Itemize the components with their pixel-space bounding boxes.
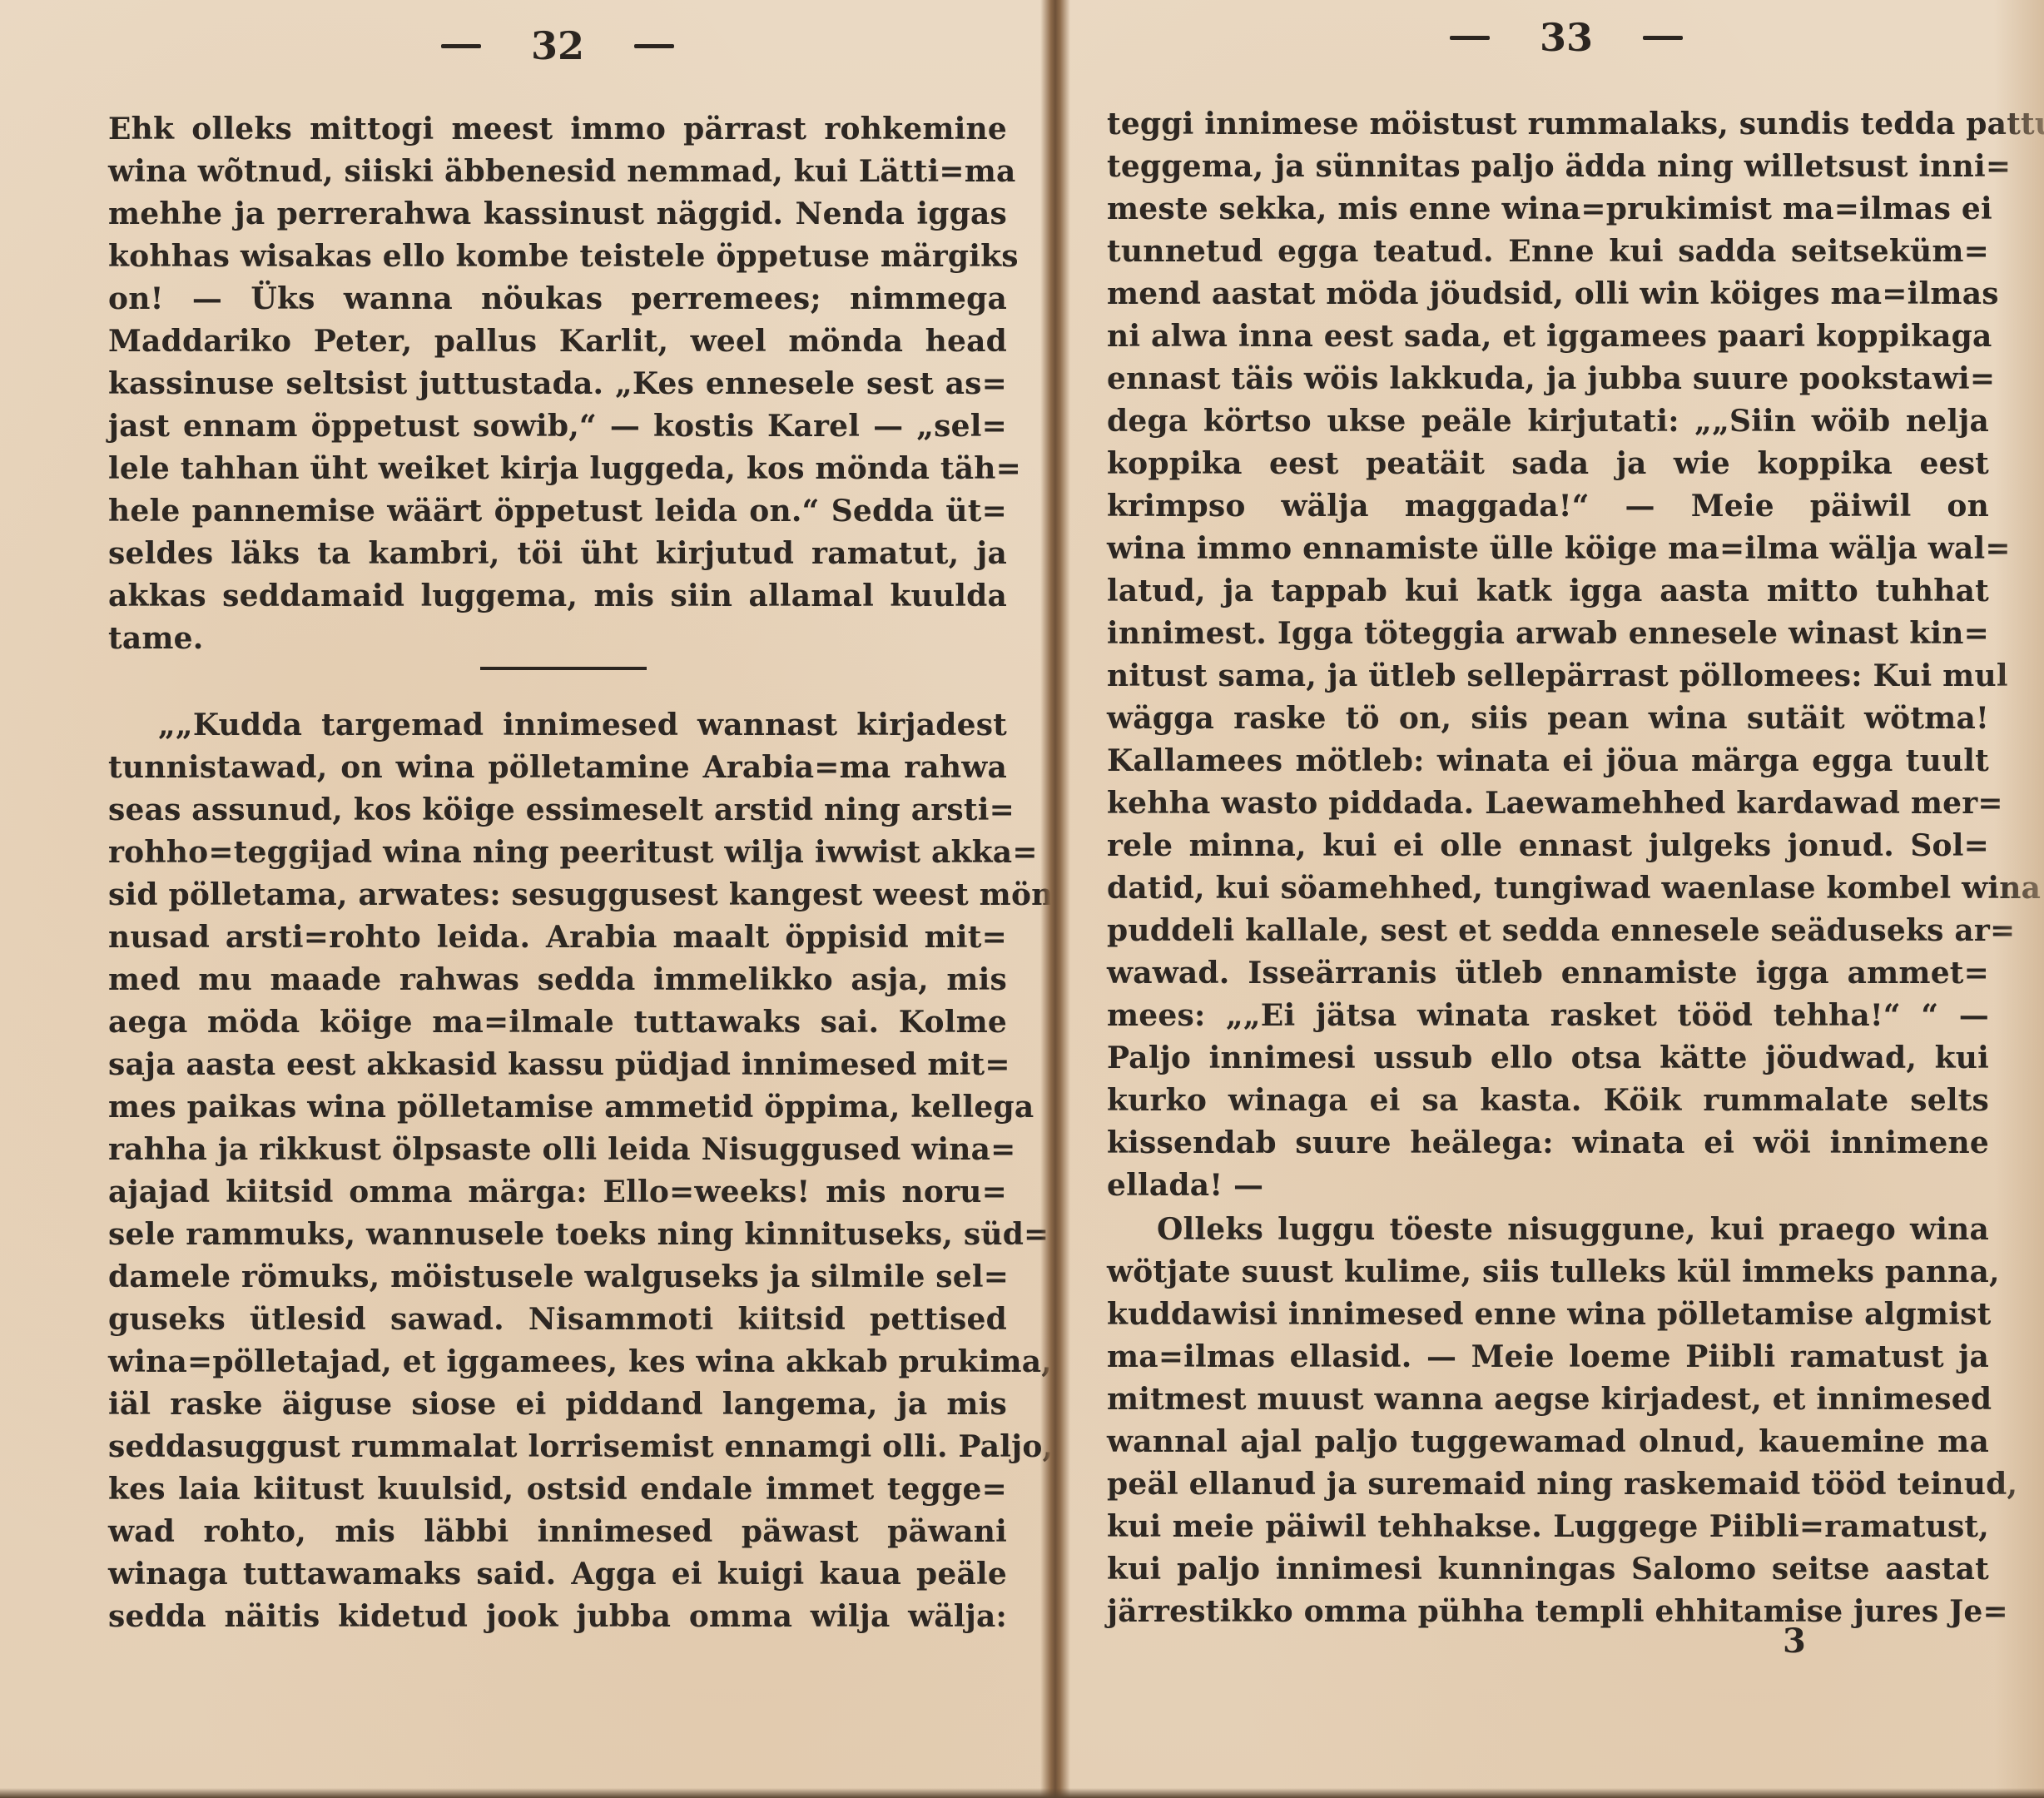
text-line: rahha ja rikkust ölpsaste olli leida Nis… <box>108 1129 1007 1171</box>
text-line: teggi innimese möistust rummalaks, sundi… <box>1107 103 1989 146</box>
text-line: Maddariko Peter, pallus Karlit, weel mön… <box>108 320 1007 363</box>
text-line: akkas seddamaid luggema, mis siin allama… <box>108 575 1007 618</box>
text-line: sid pölletama, arwates: sesuggusest kang… <box>108 874 1007 916</box>
section-separator-rule <box>480 667 647 670</box>
text-line: kui paljo innimesi kunningas Salomo seit… <box>1107 1548 1989 1591</box>
text-line: wina immo ennamiste ülle köige ma=ilma w… <box>1107 528 1989 570</box>
text-line: wannal ajal paljo tuggewamad olnud, kaue… <box>1107 1421 1989 1463</box>
text-line: kui meie päiwil tehhakse. Luggege Piibli… <box>1107 1506 1989 1548</box>
text-line: Kallamees mötleb: winata ei jöua märga e… <box>1107 740 1989 782</box>
text-line: wötjate suust kulime, siis tulleks kül i… <box>1107 1251 1989 1294</box>
text-line: ennast täis wöis lakkuda, ja jubba suure… <box>1107 358 1989 400</box>
text-line: seldes läks ta kambri, töi üht kirjutud … <box>108 533 1007 575</box>
text-line: winaga tuttawamaks said. Agga ei kuigi k… <box>108 1553 1007 1596</box>
text-line: sedda näitis kidetud jook jubba omma wil… <box>108 1596 1007 1638</box>
text-line: seddasuggust rummalat lorrisemist ennamg… <box>108 1426 1007 1468</box>
text-line: Ehk olleks mittogi meest immo pärrast ro… <box>108 108 1007 151</box>
header-dash-icon <box>1450 36 1490 40</box>
page-header-left: 32 <box>441 23 674 68</box>
right-paragraph-2: Olleks luggu töeste nisuggune, kui praeg… <box>1107 1209 1989 1633</box>
text-line: rele minna, kui ei olle ennast julgeks j… <box>1107 825 1989 867</box>
right-page: 33 teggi innimese möistust rummalaks, su… <box>1059 0 2044 1798</box>
text-line: aega möda köige ma=ilmale tuttawaks sai.… <box>108 1001 1007 1044</box>
text-line: teggema, ja sünnitas paljo ädda ning wil… <box>1107 146 1989 188</box>
header-dash-icon <box>441 44 481 48</box>
text-line: kurko winaga ei sa kasta. Köik rummalate… <box>1107 1080 1989 1122</box>
text-line: med mu maade rahwas sedda immelikko asja… <box>108 959 1007 1001</box>
text-line: tunnistawad, on wina pölletamine Arabia=… <box>108 747 1007 789</box>
text-line: wawad. Isseärranis ütleb ennamiste igga … <box>1107 952 1989 995</box>
text-line: nitust sama, ja ütleb sellepärrast pöllo… <box>1107 655 1989 698</box>
bottom-edge-shadow <box>0 1788 2044 1798</box>
text-line: rohho=teggijad wina ning peeritust wilja… <box>108 832 1007 874</box>
text-line: hele pannemise wäärt öppetust leida on.“… <box>108 490 1007 533</box>
text-line: ma=ilmas ellasid. — Meie loeme Piibli ra… <box>1107 1336 1989 1378</box>
text-line: on! — Üks wanna nöukas perremees; nimmeg… <box>108 278 1007 320</box>
text-line: Olleks luggu töeste nisuggune, kui praeg… <box>1107 1209 1989 1251</box>
text-line: kes laia kiitust kuulsid, ostsid endale … <box>108 1468 1007 1511</box>
text-line: tunnetud egga teatud. Enne kui sadda sei… <box>1107 231 1989 273</box>
text-line: ni alwa inna eest sada, et iggamees paar… <box>1107 315 1989 358</box>
text-line: innimest. Igga töteggia arwab ennesele w… <box>1107 613 1989 655</box>
text-line: saja aasta eest akkasid kassu püdjad inn… <box>108 1044 1007 1086</box>
page-number-left: 32 <box>531 23 584 68</box>
text-line: damele römuks, möistusele walguseks ja s… <box>108 1256 1007 1299</box>
text-line: kassinuse seltsist juttustada. „Kes enne… <box>108 363 1007 405</box>
text-line: dega körtso ukse peäle kirjutati: „„Siin… <box>1107 400 1989 443</box>
header-dash-icon <box>634 44 674 48</box>
left-paragraph-1: Ehk olleks mittogi meest immo pärrast ro… <box>108 108 1007 660</box>
text-line: kehha wasto piddada. Laewamehhed kardawa… <box>1107 782 1989 825</box>
text-line: guseks ütlesid sawad. Nisammoti kiitsid … <box>108 1299 1007 1341</box>
text-line: iäl raske äiguse siose ei piddand langem… <box>108 1383 1007 1426</box>
text-line: peäl ellanud ja suremaid ning raskemaid … <box>1107 1463 1989 1506</box>
text-line: tame. <box>108 618 1007 660</box>
page-number-right: 33 <box>1540 15 1593 60</box>
text-line: nusad arsti=rohto leida. Arabia maalt öp… <box>108 916 1007 959</box>
page-header-right: 33 <box>1450 15 1683 60</box>
text-line: kuddawisi innimesed enne wina pölletamis… <box>1107 1294 1989 1336</box>
text-line: „„Kudda targemad innimesed wannast kirja… <box>108 704 1007 747</box>
text-line: sele rammuks, wannusele toeks ning kinni… <box>108 1214 1007 1256</box>
text-line: wina=pölletajad, et iggamees, kes wina a… <box>108 1341 1007 1383</box>
text-line: kissendab suure heälega: winata ei wöi i… <box>1107 1122 1989 1165</box>
text-line: wina wõtnud, siiski äbbenesid nemmad, ku… <box>108 151 1007 193</box>
text-line: seas assunud, kos köige essimeselt arsti… <box>108 789 1007 832</box>
text-line: kohhas wisakas ello kombe teistele öppet… <box>108 236 1007 278</box>
left-page: 32 Ehk olleks mittogi meest immo pärrast… <box>0 0 1050 1798</box>
text-line: latud, ja tappab kui katk igga aasta mit… <box>1107 570 1989 613</box>
page-edge-shadow <box>1994 0 2044 1798</box>
text-line: krimpso wälja maggada!“ — Meie päiwil on <box>1107 485 1989 528</box>
left-paragraph-2: „„Kudda targemad innimesed wannast kirja… <box>108 704 1007 1638</box>
text-line: meste sekka, mis enne wina=prukimist ma=… <box>1107 188 1989 231</box>
header-dash-icon <box>1643 36 1683 40</box>
text-line: mehhe ja perrerahwa kassinust näggid. Ne… <box>108 193 1007 236</box>
right-paragraph-1: teggi innimese möistust rummalaks, sundi… <box>1107 103 1989 1207</box>
text-line: mees: „„Ei jätsa winata rasket tööd tehh… <box>1107 995 1989 1037</box>
book-gutter <box>1040 0 1070 1798</box>
text-line: wägga raske tö on, siis pean wina sutäit… <box>1107 698 1989 740</box>
signature-mark: 3 <box>1783 1622 1806 1661</box>
text-line: järrestikko omma pühha templi ehhitamise… <box>1107 1591 1989 1633</box>
text-line: mitmest muust wanna aegse kirjadest, et … <box>1107 1378 1989 1421</box>
text-line: lele tahhan üht weiket kirja luggeda, ko… <box>108 448 1007 490</box>
text-line: ajajad kiitsid omma märga: Ello=weeks! m… <box>108 1171 1007 1214</box>
text-line: datid, kui söamehhed, tungiwad waenlase … <box>1107 867 1989 910</box>
text-line: ellada! — <box>1107 1165 1989 1207</box>
text-line: wad rohto, mis läbbi innimesed päwast pä… <box>108 1511 1007 1553</box>
text-line: koppika eest peatäit sada ja wie koppika… <box>1107 443 1989 485</box>
text-line: jast ennam öppetust sowib,“ — kostis Kar… <box>108 405 1007 448</box>
text-line: Paljo innimesi ussub ello otsa kätte jöu… <box>1107 1037 1989 1080</box>
text-line: puddeli kallale, sest et sedda ennesele … <box>1107 910 1989 952</box>
text-line: mend aastat möda jöudsid, olli win köige… <box>1107 273 1989 315</box>
text-line: mes paikas wina pölletamise ammetid öppi… <box>108 1086 1007 1129</box>
book-spread: 32 Ehk olleks mittogi meest immo pärrast… <box>0 0 2044 1798</box>
